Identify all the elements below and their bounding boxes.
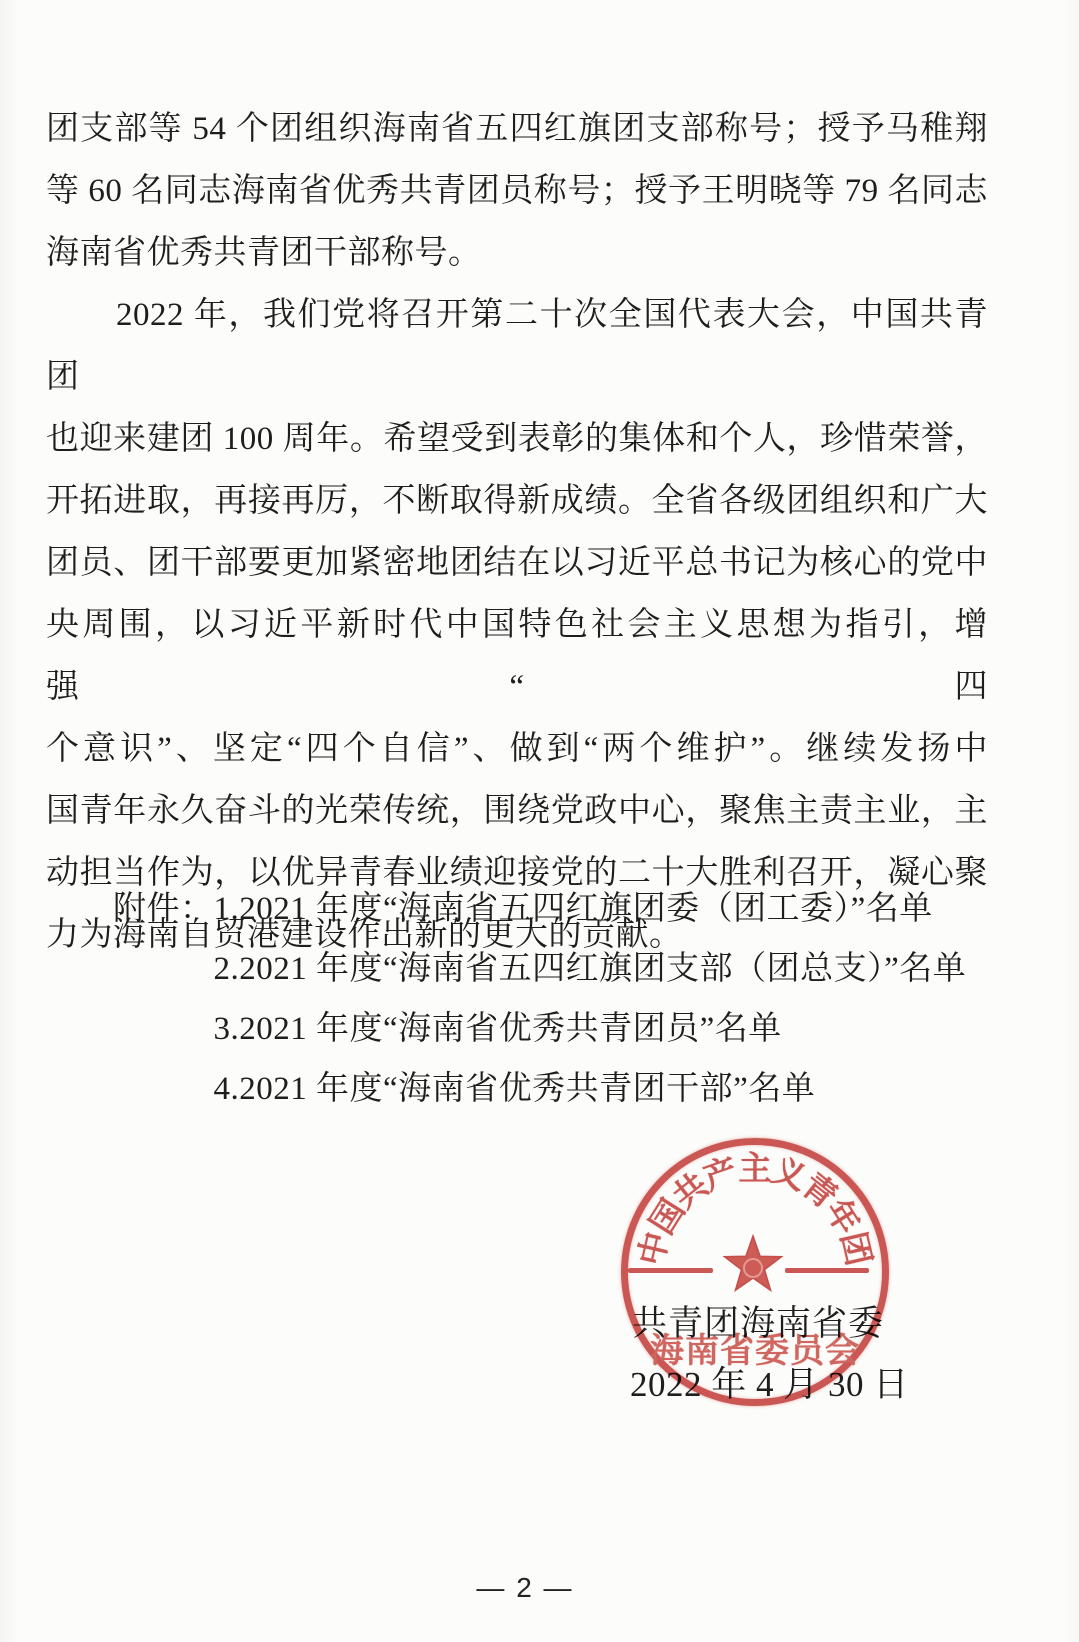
signature-issuer: 共青团海南省委 xyxy=(632,1296,884,1346)
attachment-item: 4.2021 年度“海南省优秀共青团干部”名单 xyxy=(214,1059,967,1119)
document-body: 团支部等 54 个团组织海南省五四红旗团支部称号；授予马稚翔 等 60 名同志海… xyxy=(46,98,988,966)
attachment-item: 3.2021 年度“海南省优秀共青团员”名单 xyxy=(214,999,967,1059)
body-line: 个意识”、坚定“四个自信”、做到“两个维护”。继续发扬中 xyxy=(46,718,988,780)
document-page: 团支部等 54 个团组织海南省五四红旗团支部称号；授予马稚翔 等 60 名同志海… xyxy=(0,0,1079,1642)
seal-left-line xyxy=(628,1268,713,1273)
body-line: 2022 年，我们党将召开第二十次全国代表大会，中国共青团 xyxy=(46,284,988,408)
page-number: — 2 — xyxy=(0,1572,1050,1604)
seal-arc-char: 义 xyxy=(767,1144,814,1199)
seal-arc-char: 团 xyxy=(832,1227,885,1270)
body-line: 等 60 名同志海南省优秀共青团员称号；授予王明晓等 79 名同志 xyxy=(46,160,988,222)
body-line: 也迎来建团 100 周年。希望受到表彰的集体和个人，珍惜荣誉， xyxy=(46,408,988,470)
attachment-block: 附件： 1.2021 年度“海南省五四红旗团委（团工委）”名单 2.2021 年… xyxy=(113,879,966,1119)
seal-arc-char: 主 xyxy=(739,1143,772,1190)
attachment-item: 2.2021 年度“海南省五四红旗团支部（团总支）”名单 xyxy=(214,939,967,999)
star-icon xyxy=(713,1226,793,1306)
seal-arc-char: 共 xyxy=(661,1160,716,1217)
seal-arc-char: 国 xyxy=(637,1189,694,1242)
body-line: 团支部等 54 个团组织海南省五四红旗团支部称号；授予马稚翔 xyxy=(46,98,988,160)
body-line: 海南省优秀共青团干部称号。 xyxy=(46,222,988,284)
signature-date: 2022 年 4 月 30 日 xyxy=(630,1357,909,1407)
body-line: 央周围，以习近平新时代中国特色社会主义思想为指引，增强“四 xyxy=(46,594,988,718)
body-line: 团员、团干部要更加紧密地团结在以习近平总书记为核心的党中 xyxy=(46,532,988,594)
seal-arc-char: 产 xyxy=(697,1144,744,1199)
seal-right-line xyxy=(785,1268,869,1273)
attachment-list: 1.2021 年度“海南省五四红旗团委（团工委）”名单 2.2021 年度“海南… xyxy=(214,879,967,1119)
seal-arc-char: 年 xyxy=(816,1189,873,1242)
attachment-item: 1.2021 年度“海南省五四红旗团委（团工委）”名单 xyxy=(214,879,967,939)
seal-arc-char: 中 xyxy=(625,1227,678,1270)
seal-arc-char: 青 xyxy=(793,1160,848,1217)
body-line: 开拓进取，再接再厉，不断取得新成绩。全省各级团组织和广大 xyxy=(46,470,988,532)
attachment-label: 附件： xyxy=(113,879,214,1119)
body-line: 国青年永久奋斗的光荣传统，围绕党政中心，聚焦主责主业，主 xyxy=(46,780,988,842)
